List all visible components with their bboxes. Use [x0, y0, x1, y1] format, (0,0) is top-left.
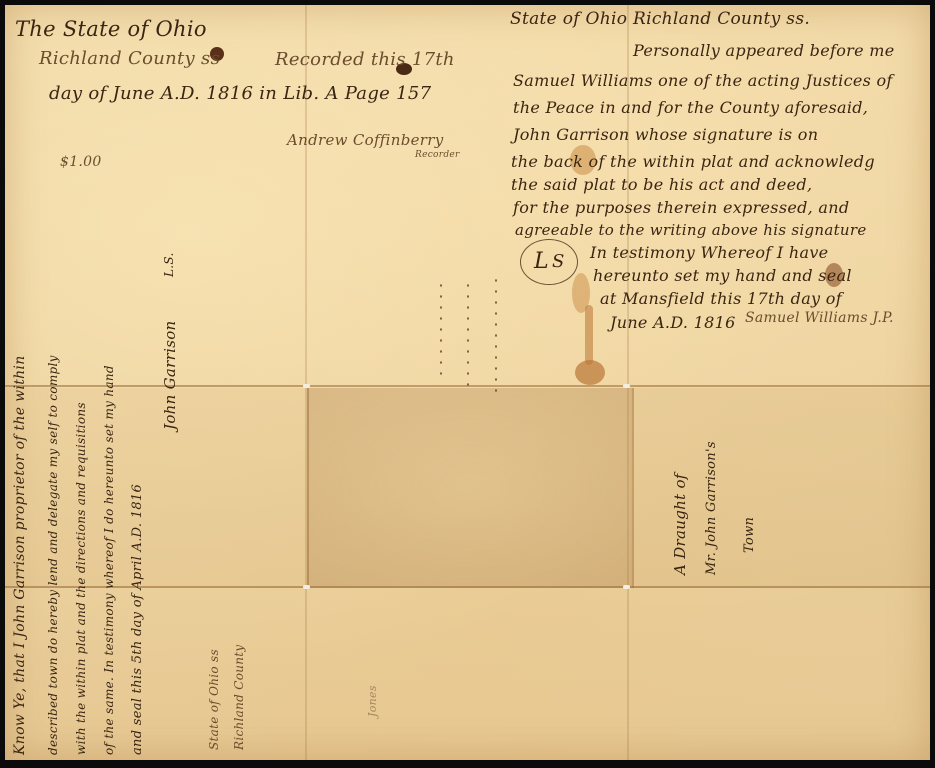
justice-signature: Samuel Williams J.P.	[745, 311, 894, 325]
proprietor-line: Know Ye, that I John Garrison proprietor…	[13, 355, 27, 755]
needle-holes	[467, 280, 469, 390]
recording-recorded-line: Recorded this 17th	[275, 51, 455, 69]
pin-hole	[303, 384, 310, 388]
acknowledgment-line: Personally appeared before me	[633, 43, 895, 59]
pin-hole	[303, 585, 310, 589]
scan-border: The State of Ohio Richland County ss Rec…	[0, 0, 935, 768]
faint-pencil-mark: Jones	[367, 685, 378, 717]
pin-hole	[623, 585, 630, 589]
endorsement-state: State of Ohio ss	[208, 649, 220, 750]
needle-holes	[495, 275, 497, 395]
drip-stain	[575, 360, 605, 385]
seal-letter-s: S	[552, 251, 564, 272]
seal-letter-l: L	[534, 249, 549, 274]
drip-stain	[585, 305, 593, 365]
proprietor-seal-mark: L.S.	[163, 252, 175, 277]
recording-county-line: Richland County ss	[39, 50, 220, 68]
fold-panel-center-darkened	[307, 388, 634, 588]
recording-date-line: day of June A.D. 1816 in Lib. A Page 157	[49, 85, 431, 103]
recorder-signature: Andrew Coffinberry	[287, 133, 444, 148]
acknowledgment-line: at Mansfield this 17th day of	[600, 291, 842, 307]
endorsement-draught: A Draught of	[673, 473, 688, 575]
recording-state-line: The State of Ohio	[15, 19, 207, 40]
recording-fee: $1.00	[60, 155, 102, 169]
endorsement-owner: Mr. John Garrison's	[705, 441, 718, 575]
pin-hole	[623, 384, 630, 388]
fold-line-right	[627, 5, 629, 760]
acknowledgment-line: the back of the within plat and acknowle…	[511, 154, 875, 170]
document-paper: The State of Ohio Richland County ss Rec…	[5, 5, 930, 760]
seal-ls: L S	[520, 233, 578, 291]
endorsement-county: Richland County	[233, 644, 245, 750]
proprietor-signature: John Garrison	[163, 321, 178, 431]
seal-scroll-icon	[520, 239, 578, 285]
endorsement-town: Town	[743, 517, 756, 553]
acknowledgment-line: the said plat to be his act and deed,	[511, 177, 812, 193]
acknowledgment-line: the Peace in and for the County aforesai…	[513, 100, 868, 116]
acknowledgment-line: In testimony Whereof I have	[590, 245, 828, 261]
acknowledgment-heading: State of Ohio Richland County ss.	[510, 11, 810, 28]
proprietor-line: and seal this 5th day of April A.D. 1816	[131, 484, 144, 755]
needle-holes	[440, 280, 442, 380]
fold-line-left	[305, 5, 307, 760]
acknowledgment-line: John Garrison whose signature is on	[513, 127, 818, 143]
acknowledgment-line: hereunto set my hand and seal	[593, 268, 852, 284]
acknowledgment-line: June A.D. 1816	[610, 315, 736, 331]
proprietor-line: with the within plat and the directions …	[75, 402, 87, 755]
proprietor-line: of the same. In testimony whereof I do h…	[103, 365, 115, 755]
proprietor-line: described town do hereby lend and delega…	[47, 355, 59, 755]
recorder-title: Recorder	[415, 151, 460, 160]
acknowledgment-line: for the purposes therein expressed, and	[513, 200, 849, 216]
acknowledgment-line: Samuel Williams one of the acting Justic…	[513, 73, 893, 89]
